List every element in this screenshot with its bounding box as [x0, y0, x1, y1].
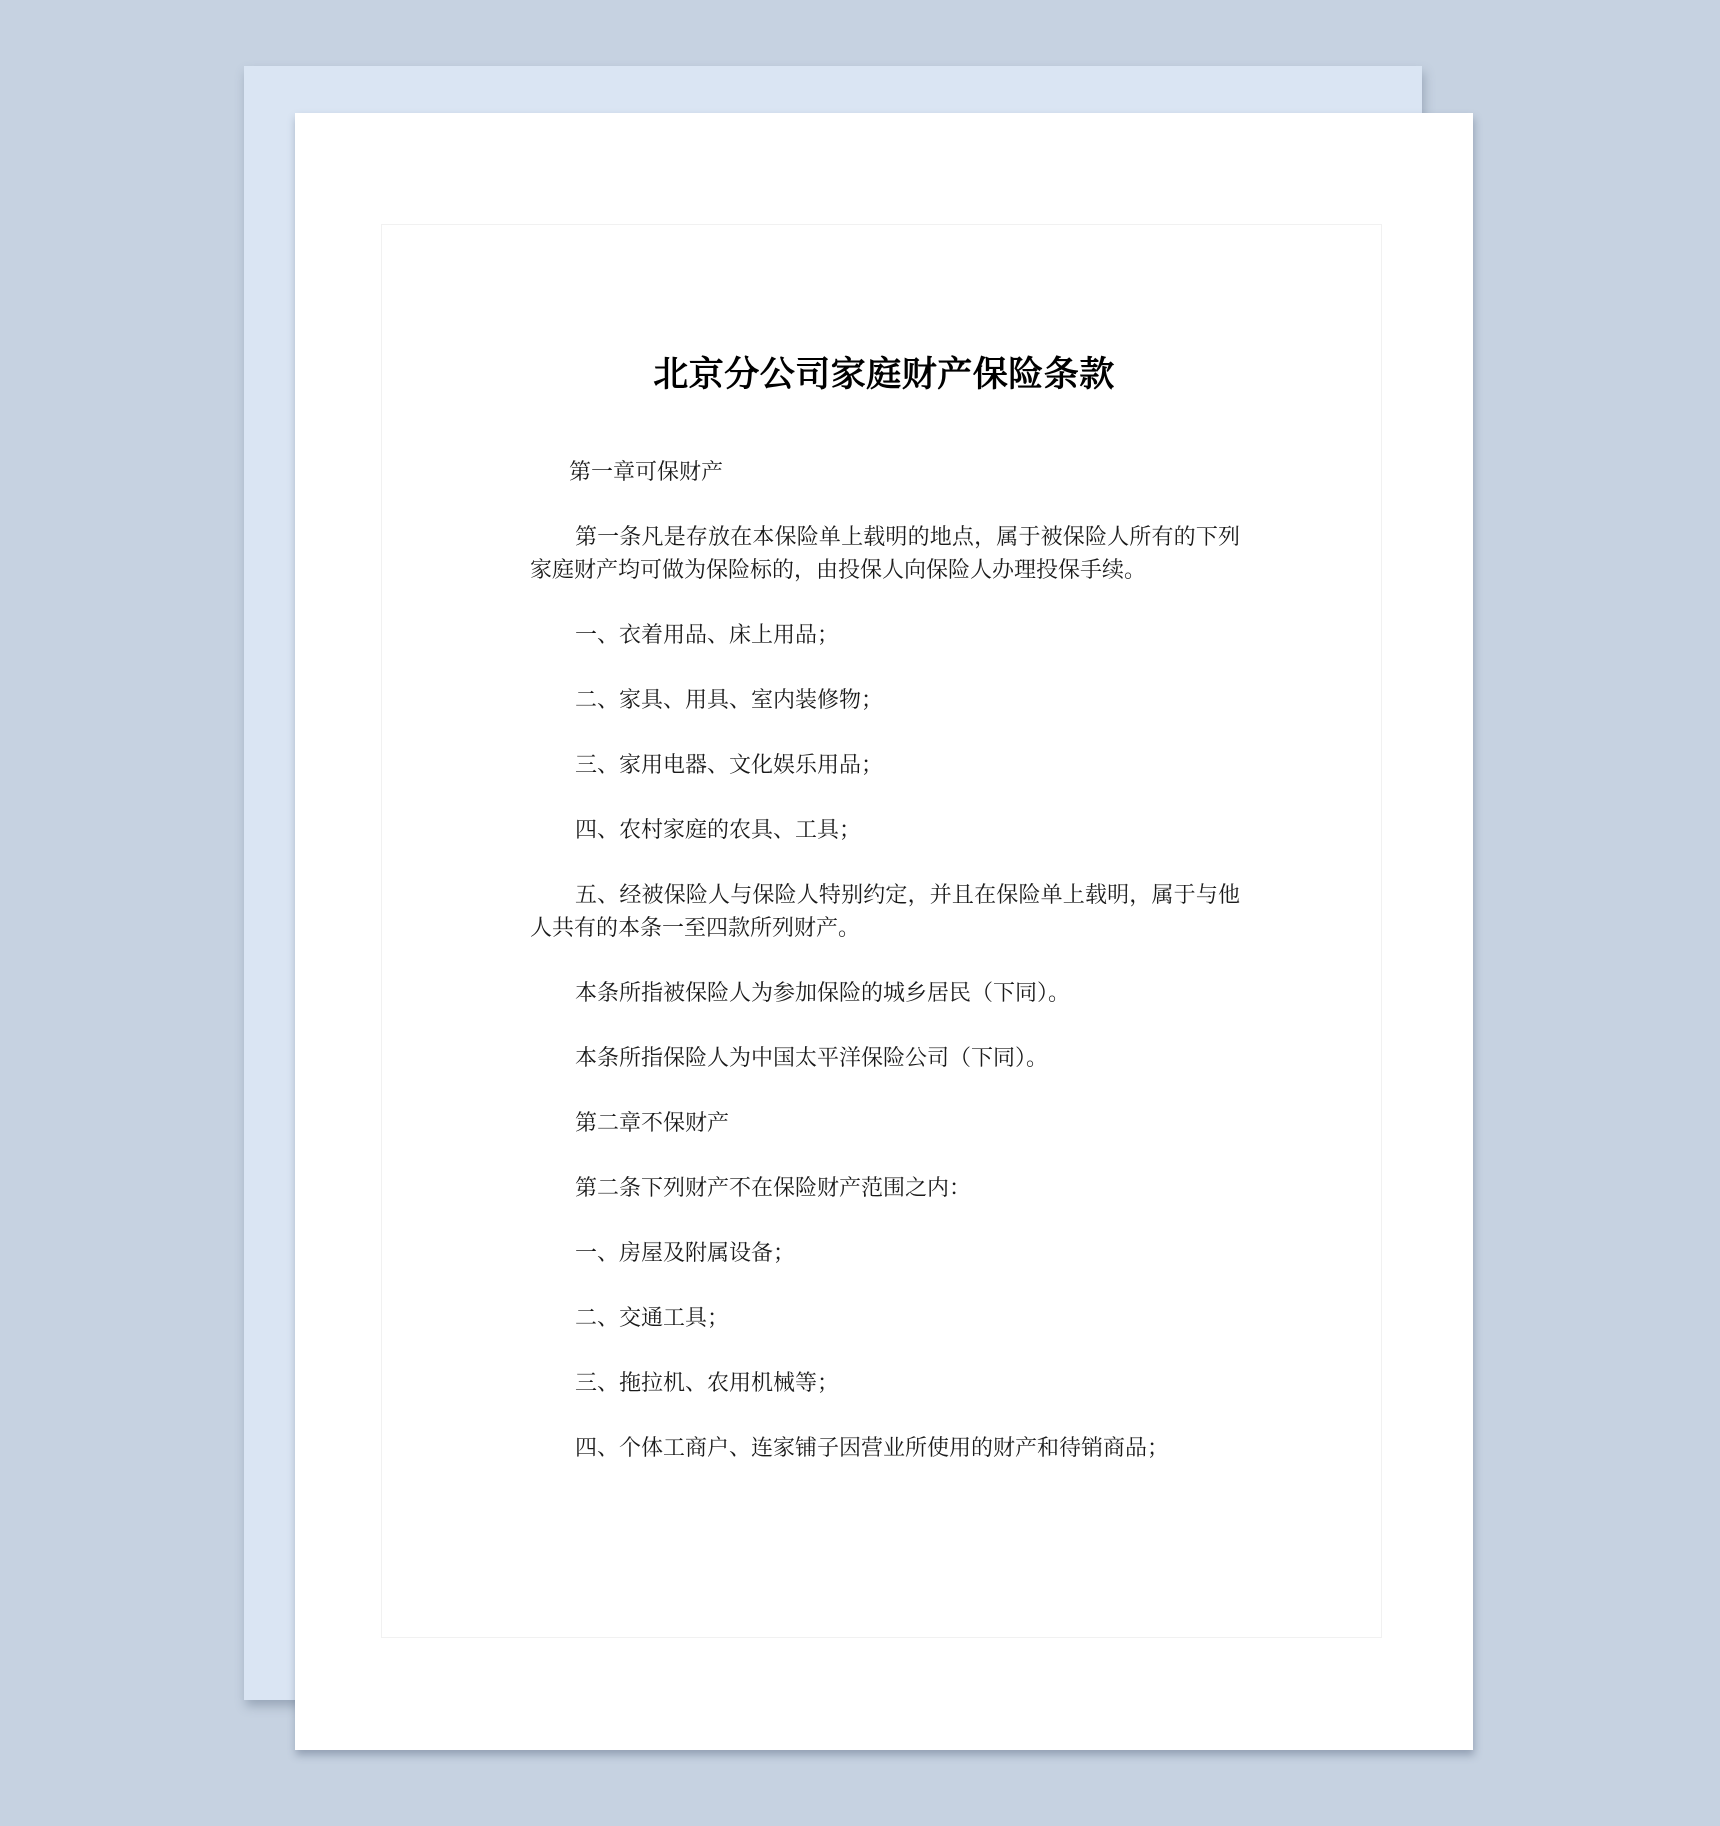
document-body: 第一章可保财产 第一条凡是存放在本保险单上载明的地点，属于被保险人所有的下列家庭…: [530, 456, 1240, 1465]
note-paragraph: 本条所指被保险人为参加保险的城乡居民（下同）。: [530, 977, 1240, 1010]
list-item: 二、交通工具；: [530, 1302, 1240, 1335]
chapter-heading: 第二章不保财产: [530, 1107, 1240, 1140]
list-item: 一、衣着用品、床上用品；: [530, 619, 1240, 652]
chapter-heading: 第一章可保财产: [530, 456, 1240, 489]
front-page-sheet: 北京分公司家庭财产保险条款 第一章可保财产 第一条凡是存放在本保险单上载明的地点…: [295, 113, 1473, 1750]
article-paragraph: 第一条凡是存放在本保险单上载明的地点，属于被保险人所有的下列家庭财产均可做为保险…: [530, 521, 1240, 587]
note-paragraph: 本条所指保险人为中国太平洋保险公司（下同）。: [530, 1042, 1240, 1075]
list-item: 二、家具、用具、室内装修物；: [530, 684, 1240, 717]
list-item: 四、农村家庭的农具、工具；: [530, 814, 1240, 847]
article-paragraph: 第二条下列财产不在保险财产范围之内：: [530, 1172, 1240, 1205]
document-title: 北京分公司家庭财产保险条款: [295, 353, 1473, 397]
list-item: 三、拖拉机、农用机械等；: [530, 1367, 1240, 1400]
list-item: 四、个体工商户、连家铺子因营业所使用的财产和待销商品；: [530, 1432, 1240, 1465]
list-item: 五、经被保险人与保险人特别约定，并且在保险单上载明，属于与他人共有的本条一至四款…: [530, 879, 1240, 945]
list-item: 一、房屋及附属设备；: [530, 1237, 1240, 1270]
list-item: 三、家用电器、文化娱乐用品；: [530, 749, 1240, 782]
